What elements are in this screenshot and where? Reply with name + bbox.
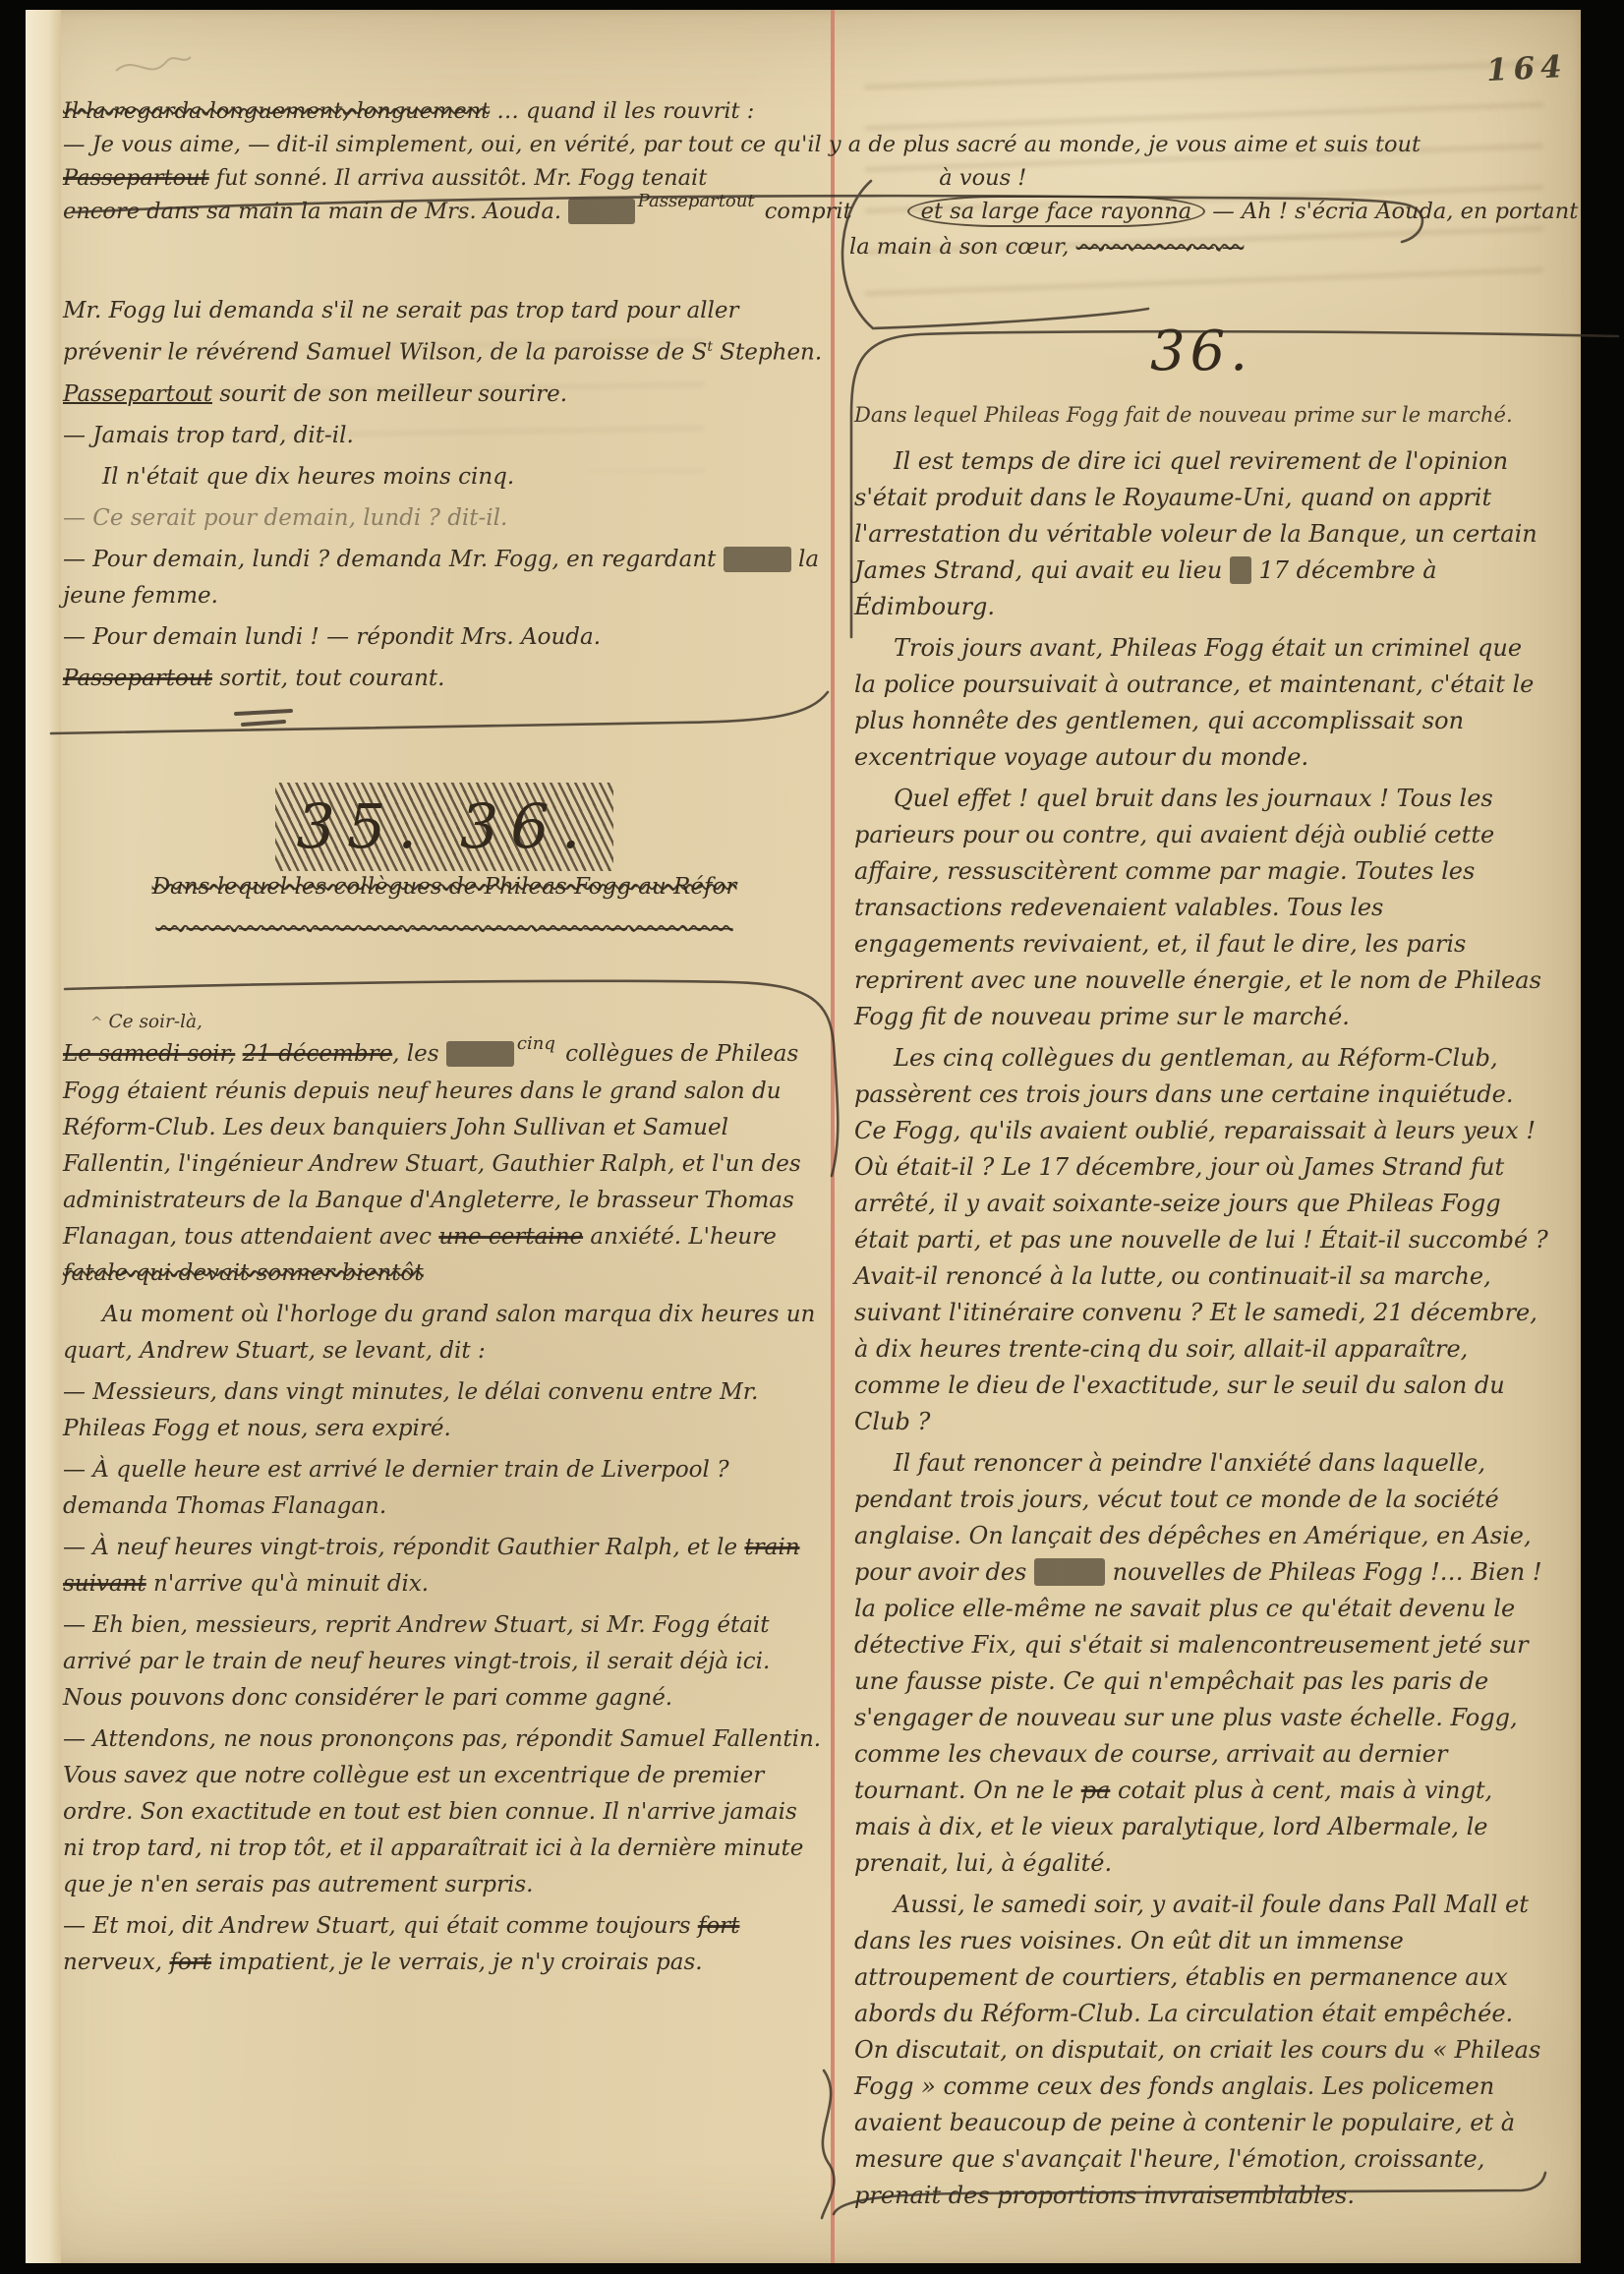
dialogue-line: Passepartout fut sonné. Il arriva aussit… bbox=[63, 161, 1537, 195]
dialogue-line: — Jamais trop tard, dit-il. bbox=[63, 418, 826, 454]
crossed-opening-line: Il la regarda longuement, longuement … q… bbox=[63, 94, 1537, 128]
paragraph: Il faut renoncer à peindre l'anxiété dan… bbox=[854, 1445, 1548, 1882]
paragraph: Trois jours avant, Phileas Fogg était un… bbox=[854, 630, 1548, 776]
dialogue-line: — Pour demain, lundi ? demanda Mr. Fogg,… bbox=[63, 542, 826, 614]
right-column: 36.Dans lequel Phileas Fogg fait de nouv… bbox=[854, 309, 1548, 2219]
paragraph: Au moment où l'horloge du grand salon ma… bbox=[63, 1297, 826, 1370]
dialogue-line: — Attendons, ne nous prononçons pas, rép… bbox=[63, 1721, 826, 1903]
dialogue-line: — Et moi, dit Andrew Stuart, qui était c… bbox=[63, 1908, 826, 1981]
page-number: 164 bbox=[1485, 49, 1568, 88]
spacer bbox=[63, 952, 826, 1011]
paragraph: Aussi, le samedi soir, y avait-il foule … bbox=[854, 1887, 1548, 2214]
paragraph: Les cinq collègues du gentleman, au Réfo… bbox=[854, 1040, 1548, 1440]
paragraph: Quel effet ! quel bruit dans les journau… bbox=[854, 781, 1548, 1035]
top-block-end-of-chapter-35: Il la regarda longuement, longuement … q… bbox=[63, 94, 1537, 263]
dialogue-line: — À quelle heure est arrivé le dernier t… bbox=[63, 1452, 826, 1525]
dialogue-line: encore dans sa main la main de Mrs. Aoud… bbox=[63, 195, 1537, 230]
paragraph: Il n'était que dix heures moins cinq. bbox=[63, 459, 826, 496]
crossed-title-line: Dans lequel les collègues de Phileas Fog… bbox=[63, 869, 826, 905]
paragraph: Le samedi soir, 21 décembre, les ———cinq… bbox=[63, 1036, 826, 1292]
dialogue-line: — Je vous aime, — dit-il simplement, oui… bbox=[63, 128, 1537, 161]
left-column: Mr. Fogg lui demanda s'il ne serait pas … bbox=[63, 293, 826, 1986]
dialogue-line: — Ce serait pour demain, lundi ? dit-il. bbox=[63, 500, 826, 537]
spacer bbox=[63, 702, 826, 785]
paragraph: Passepartout sortit, tout courant. bbox=[63, 661, 826, 697]
center-red-rule bbox=[831, 10, 835, 2263]
interline-insertion: ^ Ce soir-là, bbox=[90, 1011, 826, 1034]
paragraph: Mr. Fogg lui demanda s'il ne serait pas … bbox=[63, 293, 826, 372]
paragraph: Il est temps de dire ici quel revirement… bbox=[854, 443, 1548, 625]
dialogue-line: la main à son cœur, — — — — — — bbox=[63, 230, 1537, 263]
dialogue-line: — Eh bien, messieurs, reprit Andrew Stua… bbox=[63, 1607, 826, 1717]
paragraph: Passepartout sourit de son meilleur sour… bbox=[63, 377, 826, 413]
chapter-number: 36. bbox=[854, 309, 1548, 395]
dialogue-line: — À neuf heures vingt-trois, répondit Ga… bbox=[63, 1530, 826, 1603]
chapter-title: Dans lequel Phileas Fogg fait de nouveau… bbox=[854, 399, 1548, 432]
left-page-edge bbox=[26, 10, 61, 2263]
dialogue-line: — Messieurs, dans vingt minutes, le déla… bbox=[63, 1374, 826, 1447]
dialogue-line: — Pour demain lundi ! — répondit Mrs. Ao… bbox=[63, 619, 826, 656]
crossed-chapter-numbers: 35. 36. bbox=[63, 785, 826, 869]
manuscript-scan: 164 Il la regarda longuement, longuement… bbox=[0, 0, 1624, 2274]
crossed-title-line: — —— ——— ———— ——— —— ———— —— —— bbox=[63, 910, 826, 947]
